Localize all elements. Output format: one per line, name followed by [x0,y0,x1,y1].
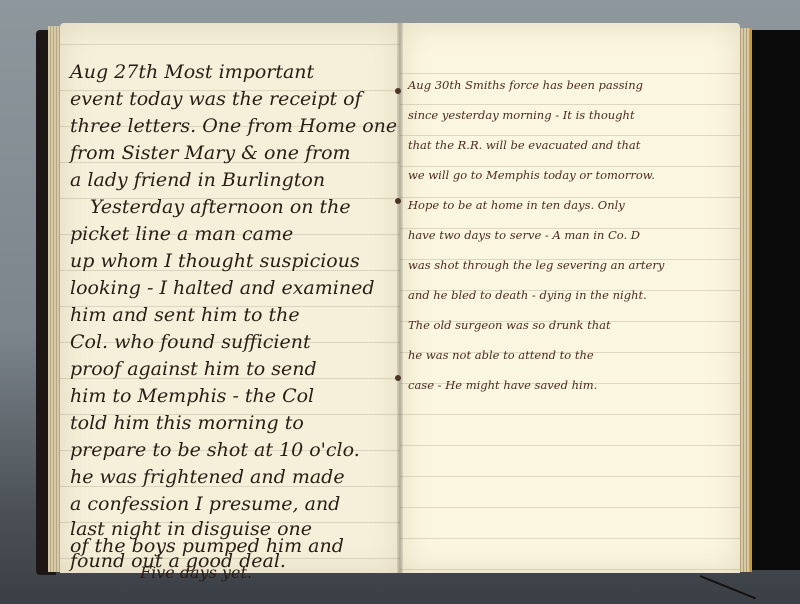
handwritten-line: a confession I presume, and [70,493,340,515]
handwritten-line: three letters. One from Home one [70,115,397,137]
binding-stitch [395,88,401,94]
book-cover-right [745,30,800,570]
handwritten-line: that the R.R. will be evacuated and that [408,138,640,152]
handwritten-line: he was frightened and made [70,466,345,488]
handwritten-line: told him this morning to [70,412,304,434]
handwritten-line: Col. who found sufficient [70,331,311,353]
page-edges-right [738,28,752,572]
handwritten-line: was shot through the leg severing an art… [408,258,664,272]
handwritten-line: a lady friend in Burlington [70,169,325,191]
handwritten-line: proof against him to send [70,358,317,380]
handwritten-line: prepare to be shot at 10 o'clo. [70,439,360,461]
handwritten-line: Five days yet. [140,563,252,582]
handwritten-line: up whom I thought suspicious [70,250,360,272]
handwritten-line: looking - I halted and examined [70,277,375,299]
left-page: Aug 27th Most important event today was … [60,23,400,573]
handwritten-line: have two days to serve - A man in Co. D [408,228,640,242]
handwritten-line: Hope to be at home in ten days. Only [408,198,625,212]
handwritten-line: we will go to Memphis today or tomorrow. [408,168,655,182]
handwritten-line: since yesterday morning - It is thought [408,108,635,122]
handwritten-line: The old surgeon was so drunk that [408,318,611,332]
handwritten-line: Yesterday afternoon on the [90,196,351,218]
binding-stitch [395,375,401,381]
handwritten-line: him and sent him to the [70,304,300,326]
handwritten-line: event today was the receipt of [70,88,362,110]
handwritten-line: Aug 27th Most important [70,61,314,83]
handwritten-line: and he bled to death - dying in the nigh… [408,288,647,302]
binding-stitch [395,198,401,204]
handwritten-line: Aug 30th Smiths force has been passing [408,78,643,92]
handwritten-line: picket line a man came [70,223,293,245]
bookmark-ribbon [700,575,756,599]
book-gutter [397,23,403,573]
handwritten-line: from Sister Mary & one from [70,142,351,164]
handwritten-line: him to Memphis - the Col [70,385,314,407]
handwritten-line: case - He might have saved him. [408,378,597,392]
handwritten-line: he was not able to attend to the [408,348,594,362]
right-page: Aug 30th Smiths force has been passing s… [400,23,740,573]
